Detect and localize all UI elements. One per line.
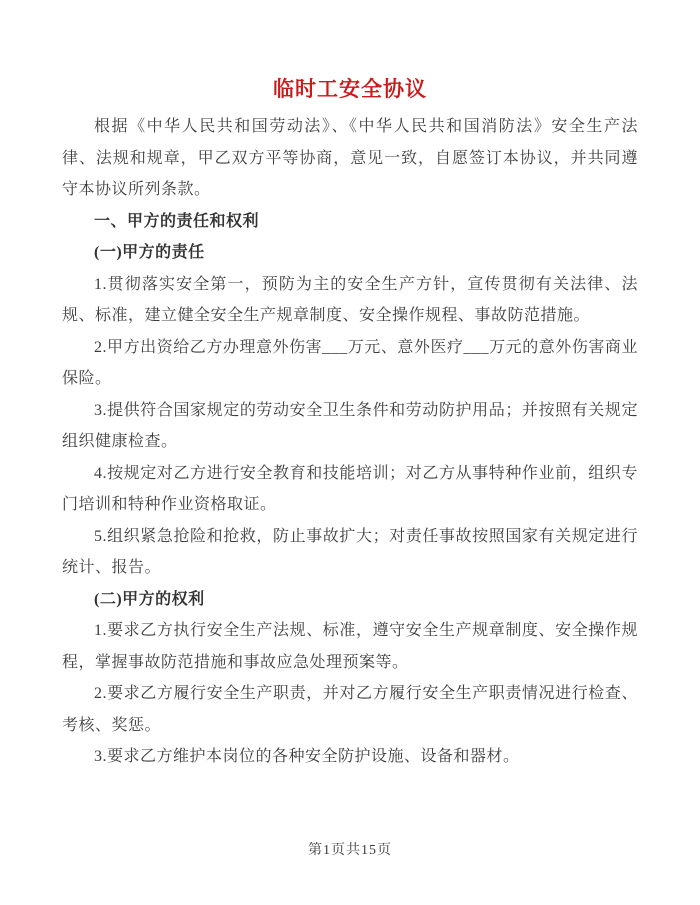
paragraph-right-2: 2.要求乙方履行安全生产职责，并对乙方履行安全生产职责情况进行检查、考核、奖惩。 [62,678,638,741]
paragraph-duty-3: 3.提供符合国家规定的劳动安全卫生条件和劳动防护用品；并按照有关规定组织健康检查… [62,395,638,458]
page-number: 第1页共15页 [0,839,700,859]
section-heading-party-a-duties: (一)甲方的责任 [62,237,638,269]
paragraph-duty-2: 2.甲方出资给乙方办理意外伤害___万元、意外医疗___万元的意外伤害商业保险。 [62,332,638,395]
paragraph-duty-1: 1.贯彻落实安全第一，预防为主的安全生产方针，宣传贯彻有关法律、法规、标准，建立… [62,269,638,332]
document-body: 根据《中华人民共和国劳动法》、《中华人民共和国消防法》安全生产法律、法规和规章，… [62,111,638,773]
section-heading-party-a-duties-rights: 一、甲方的责任和权利 [62,206,638,238]
document-page: 临时工安全协议 根据《中华人民共和国劳动法》、《中华人民共和国消防法》安全生产法… [0,0,700,905]
paragraph-right-1: 1.要求乙方执行安全生产法规、标准，遵守安全生产规章制度、安全操作规程，掌握事故… [62,615,638,678]
section-heading-party-a-rights: (二)甲方的权利 [62,584,638,616]
paragraph-right-3: 3.要求乙方维护本岗位的各种安全防护设施、设备和器材。 [62,741,638,773]
document-title: 临时工安全协议 [62,76,638,102]
paragraph-duty-4: 4.按规定对乙方进行安全教育和技能培训；对乙方从事特种作业前，组织专门培训和特种… [62,458,638,521]
paragraph-duty-5: 5.组织紧急抢险和抢救，防止事故扩大；对责任事故按照国家有关规定进行统计、报告。 [62,521,638,584]
paragraph-intro: 根据《中华人民共和国劳动法》、《中华人民共和国消防法》安全生产法律、法规和规章，… [62,111,638,206]
